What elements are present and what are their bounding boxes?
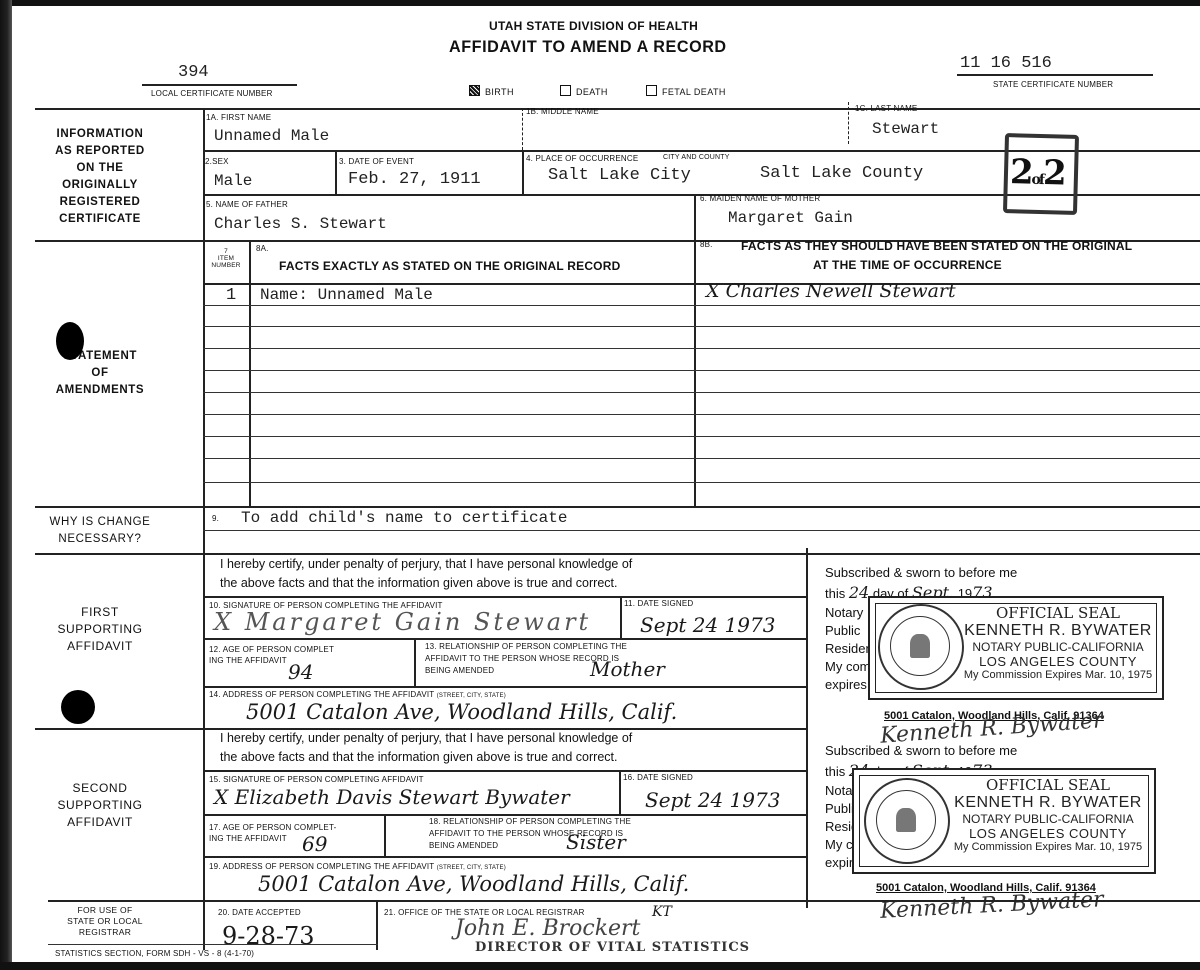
- certification-text-1: I hereby certify, under penalty of perju…: [220, 555, 632, 593]
- col-8b-num: 8B.: [700, 240, 713, 249]
- date-signed-11-label: 11. DATE SIGNED: [624, 599, 693, 608]
- checkbox-checked-icon[interactable]: [469, 85, 480, 96]
- table-rule: [203, 348, 1200, 349]
- table-rule: [203, 305, 1200, 306]
- amendments-side-label: STATEMENT OF AMENDMENTS: [35, 348, 165, 399]
- notary-1-official-seal: OFFICIAL SEAL KENNETH R. BYWATER NOTARY …: [868, 596, 1164, 700]
- col-8a-num: 8A.: [256, 244, 269, 253]
- checkbox-icon[interactable]: [560, 85, 571, 96]
- rule: [203, 283, 1200, 285]
- reason-side-label: WHY IS CHANGE NECESSARY?: [35, 514, 165, 548]
- punch-hole: [56, 322, 84, 360]
- form-identifier: STATISTICS SECTION, FORM SDH - VS - 8 (4…: [55, 949, 254, 958]
- scan-edge-bottom: [0, 962, 1200, 970]
- scan-edge-top: [0, 0, 1200, 6]
- state-certificate-number: 11 16 516: [960, 54, 1052, 73]
- divider: [376, 900, 378, 950]
- last-name-label: 1C. LAST NAME: [855, 104, 917, 113]
- age-12-label-1: 12. AGE OF PERSON COMPLET: [209, 645, 334, 654]
- mother-maiden-label: 6. MAIDEN NAME OF MOTHER: [700, 194, 820, 203]
- address-19-label: 19. ADDRESS OF PERSON COMPLETING THE AFF…: [209, 862, 506, 871]
- punch-hole: [61, 690, 95, 724]
- table-rule: [203, 482, 1200, 483]
- rule: [203, 770, 806, 772]
- divider: [335, 150, 337, 194]
- first-name-label: 1A. FIRST NAME: [206, 113, 271, 122]
- age-17-label-2: ING THE AFFIDAVIT: [209, 834, 287, 843]
- local-cert-underline: [142, 84, 297, 86]
- rule: [35, 108, 1200, 110]
- mother-maiden-value[interactable]: Margaret Gain: [728, 209, 853, 227]
- signature-15[interactable]: X Elizabeth Davis Stewart Bywater: [214, 785, 570, 809]
- rule: [48, 900, 1200, 902]
- checkbox-icon[interactable]: [646, 85, 657, 96]
- col-8b-header-1: FACTS AS THEY SHOULD HAVE BEEN STATED ON…: [741, 239, 1132, 253]
- middle-name-label: 1B. MIDDLE NAME: [526, 107, 599, 116]
- relationship-13-label-1: 13. RELATIONSHIP OF PERSON COMPLETING TH…: [425, 642, 627, 651]
- date-signed-11[interactable]: Sept 24 1973: [640, 613, 775, 637]
- relationship-13-label-3: BEING AMENDED: [425, 666, 494, 675]
- rule: [203, 638, 806, 640]
- director-title-stamp: DIRECTOR OF VITAL STATISTICS: [475, 940, 750, 955]
- signature-15-label: 15. SIGNATURE OF PERSON COMPLETING AFFID…: [209, 775, 424, 784]
- side-column-divider: [203, 108, 205, 908]
- table-rule: [203, 414, 1200, 415]
- rule: [48, 944, 378, 945]
- notary-2-official-seal: OFFICIAL SEAL KENNETH R. BYWATER NOTARY …: [852, 768, 1156, 874]
- address-14[interactable]: 5001 Catalon Ave, Woodland Hills, Calif.: [246, 700, 677, 724]
- col-8b-header-2: AT THE TIME OF OCCURRENCE: [813, 258, 1002, 272]
- state-cert-underline: [957, 74, 1153, 76]
- scan-edge-left: [0, 0, 12, 970]
- rule: [35, 506, 1200, 508]
- page-count-stamp: 2of2: [1003, 133, 1079, 215]
- agency-name: UTAH STATE DIVISION OF HEALTH: [489, 19, 698, 33]
- relationship-18-label-1: 18. RELATIONSHIP OF PERSON COMPLETING TH…: [429, 817, 631, 826]
- col-8a-header: FACTS EXACTLY AS STATED ON THE ORIGINAL …: [279, 259, 620, 273]
- place-county-value[interactable]: Salt Lake County: [760, 164, 923, 183]
- reason-num: 9.: [212, 514, 219, 523]
- divider: [522, 108, 523, 150]
- registrar-initials: KT: [652, 904, 672, 920]
- place-sublabel: CITY AND COUNTY: [663, 154, 730, 161]
- second-affidavit-side-label: SECOND SUPPORTING AFFIDAVIT: [35, 780, 165, 831]
- first-affidavit-side-label: FIRST SUPPORTING AFFIDAVIT: [35, 604, 165, 655]
- table-rule: [203, 370, 1200, 371]
- item-column-divider: [249, 240, 251, 506]
- date-signed-16[interactable]: Sept 24 1973: [645, 788, 780, 812]
- local-certificate-number: 394: [178, 63, 209, 82]
- relationship-18-label-3: BEING AMENDED: [429, 841, 498, 850]
- california-seal-icon: [864, 778, 950, 864]
- date-accepted-label: 20. DATE ACCEPTED: [218, 908, 301, 917]
- relationship-13[interactable]: Mother: [590, 657, 665, 681]
- relationship-18[interactable]: Sister: [566, 830, 626, 854]
- record-type-birth[interactable]: BIRTH: [469, 85, 514, 97]
- table-rule: [203, 392, 1200, 393]
- signature-10[interactable]: X Margaret Gain Stewart: [214, 608, 591, 636]
- certification-text-2: I hereby certify, under penalty of perju…: [220, 729, 632, 767]
- divider: [619, 770, 621, 814]
- reason-value[interactable]: To add child's name to certificate: [241, 509, 567, 527]
- california-seal-icon: [878, 604, 964, 690]
- father-label: 5. NAME OF FATHER: [206, 200, 288, 209]
- rule: [203, 814, 806, 816]
- table-rule: [203, 436, 1200, 437]
- date-signed-16-label: 16. DATE SIGNED: [623, 773, 693, 782]
- divider: [203, 900, 205, 950]
- first-name-value[interactable]: Unnamed Male: [214, 127, 329, 145]
- amendment-row-1-item[interactable]: 1: [226, 286, 236, 305]
- local-cert-label: LOCAL CERTIFICATE NUMBER: [151, 89, 273, 98]
- age-12-label-2: ING THE AFFIDAVIT: [209, 656, 287, 665]
- last-name-value[interactable]: Stewart: [872, 120, 939, 138]
- divider: [414, 638, 416, 686]
- item-number-header: 7 ITEM NUMBER: [208, 248, 244, 269]
- record-type-death[interactable]: DEATH: [560, 85, 608, 97]
- date-of-event-label: 3. DATE OF EVENT: [339, 157, 414, 166]
- rule: [203, 856, 806, 858]
- sex-value[interactable]: Male: [214, 172, 252, 190]
- address-14-label: 14. ADDRESS OF PERSON COMPLETING THE AFF…: [209, 690, 506, 699]
- notary-column-divider: [806, 548, 808, 908]
- divider: [384, 814, 386, 856]
- rule: [203, 686, 806, 688]
- address-19[interactable]: 5001 Catalon Ave, Woodland Hills, Calif.: [258, 872, 689, 896]
- place-label: 4. PLACE OF OCCURRENCE: [526, 154, 638, 163]
- table-rule: [203, 458, 1200, 459]
- sex-label: 2.SEX: [205, 157, 229, 166]
- divider: [522, 150, 524, 194]
- amendment-row-1-original[interactable]: Name: Unnamed Male: [260, 286, 433, 304]
- state-cert-label: STATE CERTIFICATE NUMBER: [993, 80, 1113, 89]
- original-info-side-label: INFORMATION AS REPORTED ON THE ORIGINALL…: [35, 126, 165, 228]
- registrar-signature[interactable]: John E. Brockert: [455, 916, 640, 941]
- age-12[interactable]: 94: [288, 660, 313, 684]
- amendment-row-1-corrected[interactable]: X Charles Newell Stewart: [706, 280, 956, 302]
- rule: [203, 530, 1200, 531]
- divider: [620, 596, 622, 638]
- date-accepted[interactable]: 9-28-73: [222, 922, 315, 950]
- table-rule: [203, 326, 1200, 327]
- age-17-label-1: 17. AGE OF PERSON COMPLET-: [209, 823, 336, 832]
- age-17[interactable]: 69: [302, 832, 327, 856]
- registrar-side-label: FOR USE OF STATE OR LOCAL REGISTRAR: [55, 905, 155, 938]
- divider: [848, 102, 849, 144]
- date-of-event-value[interactable]: Feb. 27, 1911: [348, 170, 481, 189]
- rule: [203, 596, 806, 598]
- place-city-value[interactable]: Salt Lake City: [548, 166, 691, 185]
- father-value[interactable]: Charles S. Stewart: [214, 215, 387, 233]
- record-type-fetal-death[interactable]: FETAL DEATH: [646, 85, 726, 97]
- form-title: AFFIDAVIT TO AMEND A RECORD: [449, 37, 727, 57]
